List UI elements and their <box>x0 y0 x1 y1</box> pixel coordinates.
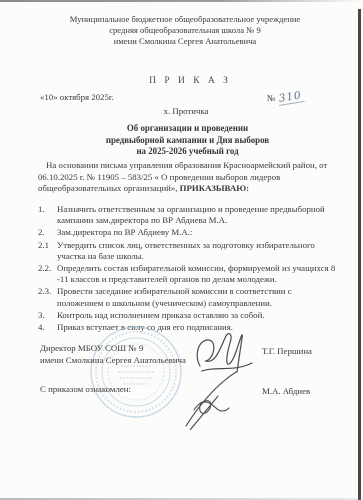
preamble-paragraph: На основании письма управления образован… <box>38 160 334 195</box>
item-number: 4. <box>38 322 57 333</box>
acknowledged-name: М.А. Абдиев <box>262 386 310 398</box>
order-date: «10» октября 2025г. <box>40 92 114 102</box>
item-text: Зам.директора по ВР Абдиеву М.А.: <box>57 227 340 238</box>
subject-line-3: на 2025-2026 учебный год <box>30 146 345 158</box>
item-text: Провести заседание избирательной комисси… <box>57 286 340 308</box>
organization-header: Муниципальное бюджетное общеобразователь… <box>30 14 340 47</box>
director-title-line-2: имени Смолкина Сергея Анатольевича <box>40 355 210 367</box>
organization-name-line-1: Муниципальное бюджетное общеобразователь… <box>30 14 340 25</box>
scan-edge-top <box>0 0 363 2</box>
organization-name-line-3: имени Смолкина Сергея Анатольевича <box>30 36 340 47</box>
subject-line-2: предвыборной кампании и Дня выборов <box>30 135 345 147</box>
order-item: 1. Назначить ответственным за организаци… <box>38 204 340 226</box>
acknowledgement-label: С приказом ознакомлен: <box>40 384 131 396</box>
organization-name-line-2: средняя общеобразовательная школа № 9 <box>30 25 340 36</box>
director-title-line-1: Директор МБОУ СОШ № 9 <box>40 343 210 355</box>
order-item: 4. Приказ вступает в силу со дня его под… <box>38 322 340 333</box>
place-line: х. Протичка <box>0 106 363 116</box>
order-item: 2.2. Определить состав избирательной ком… <box>38 263 340 285</box>
item-text: Назначить ответственным за организацию и… <box>57 204 340 226</box>
item-text: Определить состав избирательной комиссии… <box>57 263 340 285</box>
item-number: 2.2. <box>38 263 57 285</box>
order-item: 3. Контроль над исполнением приказа оста… <box>38 310 340 321</box>
order-item: 2.1 Утвердить список лиц, ответственных … <box>38 240 340 262</box>
acknowledged-signature <box>180 368 246 430</box>
item-number: 3. <box>38 310 57 321</box>
scanned-order-document: Муниципальное бюджетное общеобразователь… <box>0 0 363 500</box>
director-name: Т.Г. Першина <box>262 346 312 358</box>
order-heading: П Р И К А З <box>0 76 363 86</box>
date-number-row: «10» октября 2025г. № 310 <box>40 92 332 106</box>
item-number: 2.3. <box>38 286 57 308</box>
order-items-list: 1. Назначить ответственным за организаци… <box>38 204 340 334</box>
subject-line-1: Об организации и проведении <box>30 123 345 135</box>
prikazyvayu-keyword: ПРИКАЗЫВАЮ: <box>180 183 249 193</box>
order-item: 2.3. Провести заседание избирательной ко… <box>38 286 340 308</box>
order-number-label: № <box>267 93 275 103</box>
item-number: 2. <box>38 227 57 238</box>
item-text: Утвердить список лиц, ответственных за п… <box>57 240 340 262</box>
official-round-stamp-icon <box>88 324 184 420</box>
order-item: 2. Зам.директора по ВР Абдиеву М.А.: <box>38 227 340 238</box>
order-number-handwritten-value: 310 <box>277 89 305 106</box>
order-number: № 310 <box>267 92 304 105</box>
director-title: Директор МБОУ СОШ № 9 имени Смолкина Сер… <box>40 343 210 366</box>
item-number: 1. <box>38 204 57 226</box>
item-text: Контроль над исполнением приказа оставля… <box>57 310 340 321</box>
item-number: 2.1 <box>38 240 57 262</box>
order-subject: Об организации и проведении предвыборной… <box>30 123 345 158</box>
